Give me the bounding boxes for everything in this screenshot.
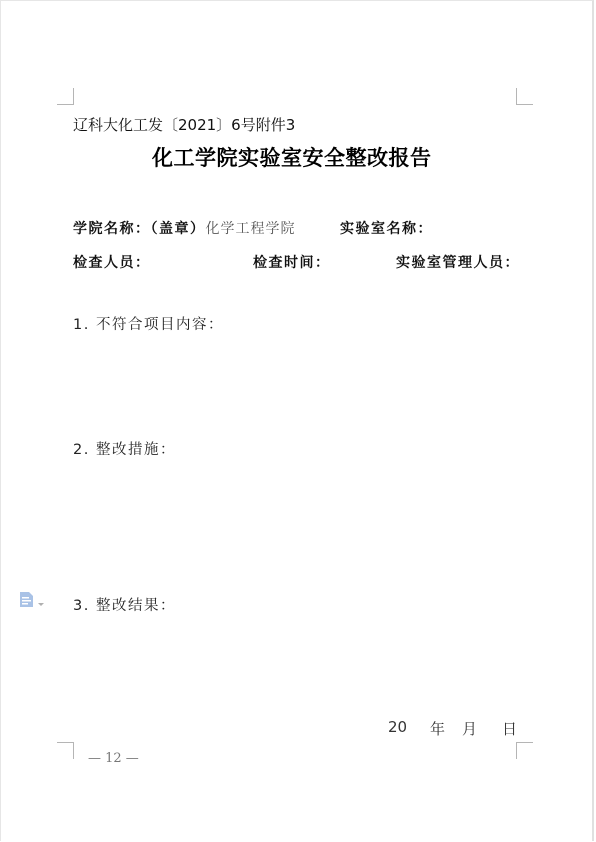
college-value: 化学工程学院	[206, 221, 296, 237]
section-results: 3. 整改结果：	[73, 594, 176, 615]
section-measures: 2. 整改措施：	[73, 438, 176, 459]
inspection-time-label: 检查时间：	[253, 252, 331, 272]
document-reference: 辽科大化工发〔2021〕6号附件3	[73, 114, 295, 135]
lab-name-label: 实验室名称：	[340, 218, 433, 238]
margin-mark-top-left	[57, 88, 74, 105]
date-year-prefix: 20	[388, 718, 407, 736]
college-label: 学院名称：（盖章）	[73, 221, 206, 237]
date-year: 年	[430, 718, 445, 739]
margin-mark-bottom-right	[516, 742, 533, 759]
document-menu-button[interactable]	[20, 593, 48, 609]
section-nonconformity: 1. 不符合项目内容：	[73, 313, 224, 334]
lab-manager-label: 实验室管理人员：	[396, 252, 520, 272]
document-icon	[20, 592, 33, 611]
document-title: 化工学院实验室安全整改报告	[152, 142, 432, 172]
margin-mark-bottom-left	[57, 742, 74, 759]
inspector-label: 检查人员：	[73, 252, 151, 272]
margin-mark-top-right	[516, 88, 533, 105]
date-day: 日	[502, 718, 517, 739]
page-number: — 12 —	[88, 751, 139, 766]
date-month: 月	[462, 718, 477, 739]
chevron-down-icon	[38, 592, 44, 611]
college-field: 学院名称：（盖章）化学工程学院	[73, 218, 296, 238]
